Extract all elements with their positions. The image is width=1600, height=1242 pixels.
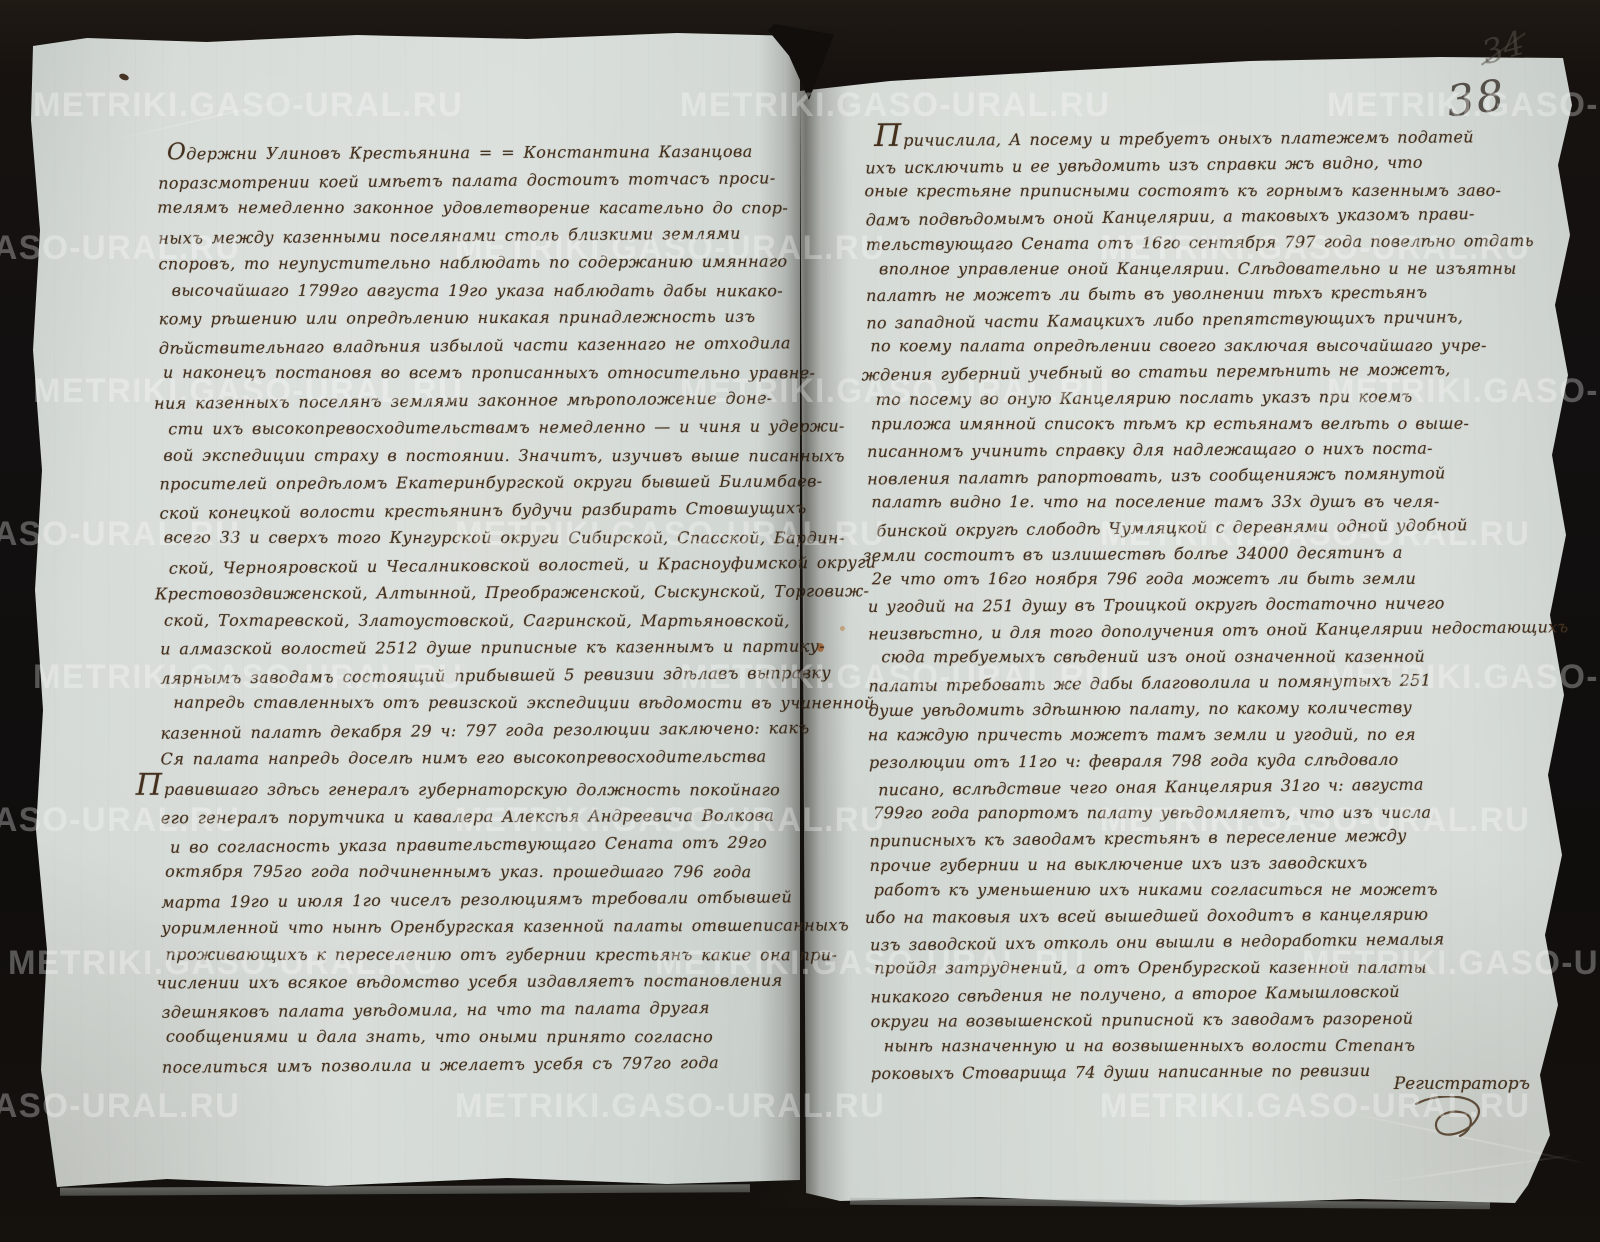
left-page-text: Одержни Улиновъ Крестьянина = = Констант… (158, 137, 794, 1080)
manuscript-line: напредь ставленныхъ отъ ревизской экспед… (173, 689, 796, 717)
manuscript-line: лярнымъ заводамъ состоящий прибывшей 5 р… (160, 659, 792, 692)
manuscript-line: и алмазской волостей 2512 душе приписные… (160, 633, 792, 663)
manuscript-line: сообщениями и дала знать, что оными прин… (166, 1023, 798, 1051)
manuscript-line: кому рѣшению или опредѣлению никакая при… (159, 303, 791, 333)
manuscript-line: здешняковъ палата увѣдомила, на что та п… (162, 993, 794, 1026)
manuscript-line: по западной части Камацкихъ либо препятс… (866, 304, 1528, 337)
manuscript-line: 2е что отъ 16го ноября 796 года можетъ л… (872, 566, 1534, 592)
manuscript-line: и во согласность указа правительствующаг… (170, 828, 793, 861)
manuscript-line: казенной палатѣ декабря 29 ч: 797 года р… (160, 714, 792, 747)
manuscript-line: уоримленной что нынѣ Оренбургская казенн… (161, 912, 793, 942)
manuscript-line: земли состоитъ въ излишествѣ болѣе 34000… (863, 538, 1530, 568)
manuscript-line: тельствующаго Сената отъ 16го сентября 7… (866, 228, 1528, 258)
manuscript-line: Ся палата напредь доселѣ нимъ его высоко… (161, 743, 793, 773)
manuscript-line: сюда требуемыхъ свѣдений изъ оной означе… (881, 644, 1534, 670)
manuscript-line: ской, Тохтаревской, Златоустовской, Сагр… (164, 606, 796, 634)
manuscript-line: ской, Чернояровской и Чесалниковской вол… (169, 549, 792, 582)
manuscript-line: поразсмотрении коей имѣетъ палата достои… (158, 164, 790, 197)
manuscript-line: октября 795го года подчиненнымъ указ. пр… (165, 858, 797, 886)
manuscript-line: Одержни Улиновъ Крестьянина = = Констант… (167, 137, 790, 168)
manuscript-line: по коему палата опредѣлении своего заклю… (870, 333, 1532, 359)
manuscript-line: марта 19го и июля 1го чиселъ резолюциямъ… (161, 883, 793, 916)
manuscript-line: душе увѣдомить здѣшнюю палату, по какому… (869, 694, 1531, 724)
manuscript-line: ния казенныхъ поселянъ землями законное … (154, 384, 791, 417)
manuscript-line: палатѣ видно 1е. что на поселение тамъ 3… (871, 488, 1533, 514)
folio-number: 38 (1444, 71, 1508, 128)
signature-flourish-icon (1408, 1096, 1504, 1154)
manuscript-line: дѣйствительнаго владѣния избылой части к… (159, 329, 791, 362)
manuscript-line: прочие губернии и на выключение ихъ изъ … (870, 849, 1532, 879)
manuscript-line: Крестовоздвиженской, Алтынной, Преображе… (155, 578, 792, 608)
manuscript-line: телямъ немедленно законное удовлетворени… (157, 194, 794, 222)
manuscript-line: и наконецъ постановя во всемъ прописанны… (163, 359, 795, 387)
right-page-text: Причислила, А посему и требуетъ оныхъ пл… (865, 120, 1533, 1087)
manuscript-line: вполное управление оной Канцелярии. Слѣд… (879, 255, 1532, 281)
manuscript-line: то посему во оную Канцелярию послать ука… (876, 383, 1529, 413)
manuscript-line: ихъ исключить и ее увѣдомить изъ справки… (865, 148, 1527, 181)
manuscript-line: изъ заводской ихъ отколь они вышли в нед… (870, 926, 1532, 959)
registrar-signature: Регистраторъ (868, 1074, 1544, 1094)
manuscript-line: поселиться имъ позволила и желаетъ усебя… (162, 1048, 794, 1081)
manuscript-line: работъ къ уменьшению ихъ никами согласит… (874, 877, 1536, 903)
manuscript-line: высочайшаго 1799го августа 19го указа на… (172, 276, 795, 304)
manuscript-line: округи на возвышенской приписной къ заво… (870, 1005, 1532, 1035)
manuscript-line: неизвѣстно, и для того дополучения отъ о… (868, 615, 1530, 648)
manuscript-line: нынѣ назначенную и на возвышенныхъ волос… (884, 1032, 1537, 1058)
manuscript-line: сти ихъ высокопревосходительствамъ немед… (168, 413, 791, 443)
manuscript-line: его генералъ порутчика и кавалера Алексѣ… (161, 802, 793, 832)
manuscript-line: просителей опредѣломъ Екатеринбургской о… (159, 468, 791, 498)
manuscript-line: ныхъ между казенными поселянами столь бл… (158, 219, 790, 252)
manuscript-line: писано, вслѣдствие чего оная Канцелярия … (878, 770, 1531, 803)
manuscript-line: новления палатѣ рапортовать, изъ сообщен… (867, 459, 1529, 492)
manuscript-line: споровъ, то неупустительно наблюдать по … (158, 248, 790, 278)
manuscript-line: всего 33 и сверхъ того Кунгурской округи… (164, 524, 796, 552)
manuscript-line: Правившаго здѣсь генералъ губернаторскую… (160, 771, 797, 803)
manuscript-line: числении ихъ всякое вѣдомство усебя изда… (157, 967, 794, 997)
archival-photo-scene: Одержни Улиновъ Крестьянина = = Констант… (0, 0, 1600, 1242)
manuscript-line: пройдя затруднений, а отъ Оренбургской к… (874, 955, 1536, 981)
manuscript-line: оные крестьяне приписными состоятъ къ го… (864, 178, 1531, 204)
manuscript-line: приложа имянной списокъ тѣмъ кр естьянам… (871, 411, 1533, 437)
manuscript-line: вой экспедиции страху в постоянии. Значи… (163, 441, 795, 469)
orange-stain-small (840, 626, 845, 631)
left-page-bottom-edge (60, 1184, 750, 1196)
manuscript-line: проживающихъ к переселению отъ губернии … (165, 940, 797, 968)
manuscript-line: на каждую причесть можетъ тамъ земли и у… (868, 722, 1535, 748)
manuscript-line: ской конецкой волости крестьянинъ будучи… (159, 494, 791, 527)
